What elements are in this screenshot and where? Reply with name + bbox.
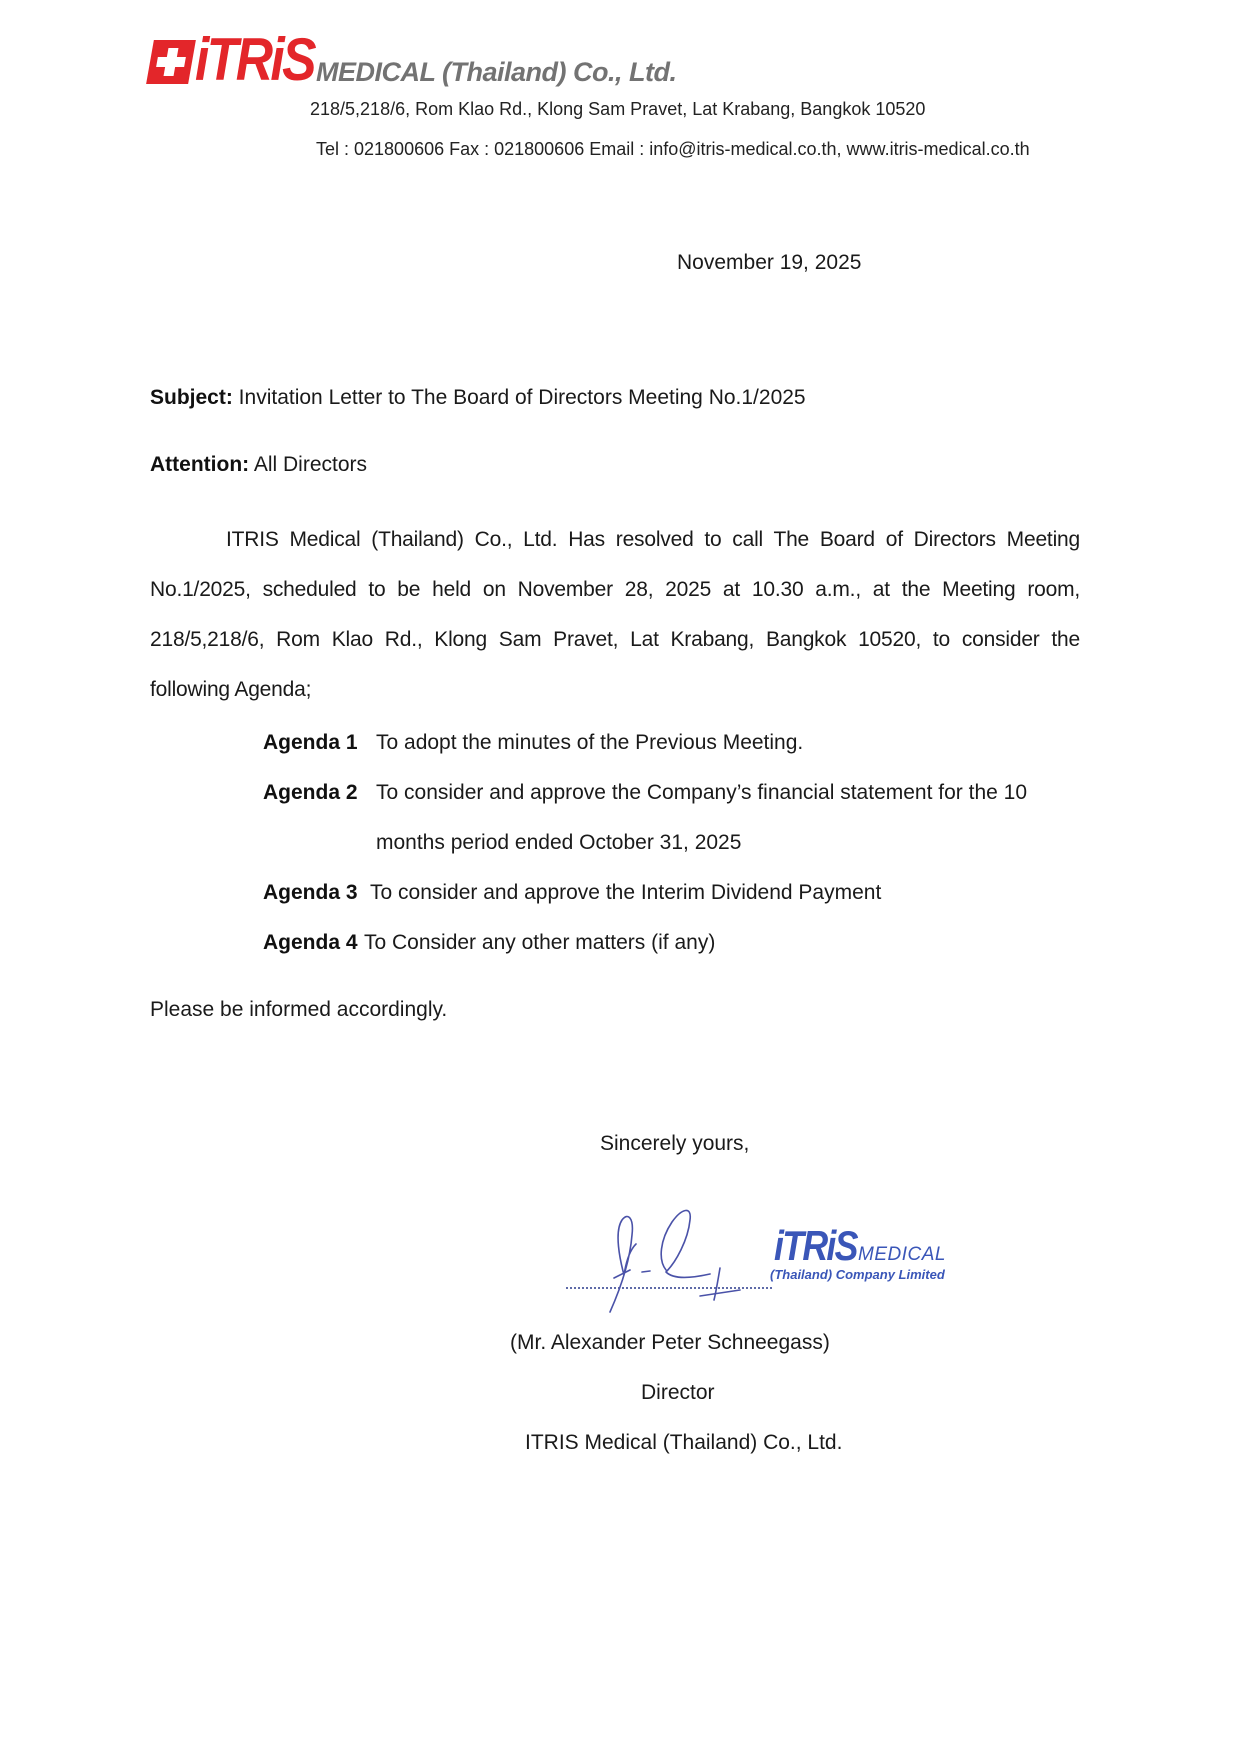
agenda-label: Agenda 4 bbox=[263, 931, 358, 955]
letter-date: November 19, 2025 bbox=[677, 251, 861, 275]
agenda-label: Agenda 1 bbox=[263, 731, 358, 755]
attention-text: All Directors bbox=[249, 453, 367, 476]
swiss-cross-icon bbox=[146, 40, 196, 84]
stamp-subtitle: (Thailand) Company Limited bbox=[770, 1267, 945, 1282]
signer-name: (Mr. Alexander Peter Schneegass) bbox=[510, 1331, 830, 1355]
stamp-medical: MEDICAL bbox=[858, 1244, 946, 1266]
body-paragraph: ITRIS Medical (Thailand) Co., Ltd. Has r… bbox=[150, 515, 1080, 715]
agenda-label: Agenda 3 bbox=[263, 881, 358, 905]
subject-text: Invitation Letter to The Board of Direct… bbox=[233, 386, 806, 409]
attention-line: Attention: All Directors bbox=[150, 453, 367, 477]
company-address: 218/5,218/6, Rom Klao Rd., Klong Sam Pra… bbox=[310, 99, 925, 120]
salutation: Sincerely yours, bbox=[600, 1132, 749, 1156]
company-stamp: iTRiS MEDICAL (Thailand) Company Limited bbox=[770, 1222, 960, 1292]
agenda-text: To Consider any other matters (if any) bbox=[364, 931, 715, 955]
signer-title: Director bbox=[641, 1381, 715, 1405]
handwritten-signature bbox=[600, 1200, 750, 1315]
agenda-text: To adopt the minutes of the Previous Mee… bbox=[376, 731, 803, 755]
company-contact: Tel : 021800606 Fax : 021800606 Email : … bbox=[316, 139, 1030, 160]
signer-company: ITRIS Medical (Thailand) Co., Ltd. bbox=[525, 1431, 842, 1455]
agenda-text: To consider and approve the Company’s fi… bbox=[376, 781, 1027, 805]
agenda-text: To consider and approve the Interim Divi… bbox=[370, 881, 881, 905]
agenda-label: Agenda 2 bbox=[263, 781, 358, 805]
subject-line: Subject: Invitation Letter to The Board … bbox=[150, 386, 806, 410]
company-name: MEDICAL (Thailand) Co., Ltd. bbox=[316, 57, 676, 88]
company-logo: iTRiS bbox=[150, 28, 333, 86]
attention-label: Attention: bbox=[150, 453, 249, 476]
subject-label: Subject: bbox=[150, 386, 233, 409]
agenda-text-continuation: months period ended October 31, 2025 bbox=[376, 831, 741, 855]
logo-wordmark: iTRiS bbox=[195, 36, 314, 86]
closing-line: Please be informed accordingly. bbox=[150, 998, 447, 1022]
stamp-logo: iTRiS bbox=[774, 1222, 857, 1270]
